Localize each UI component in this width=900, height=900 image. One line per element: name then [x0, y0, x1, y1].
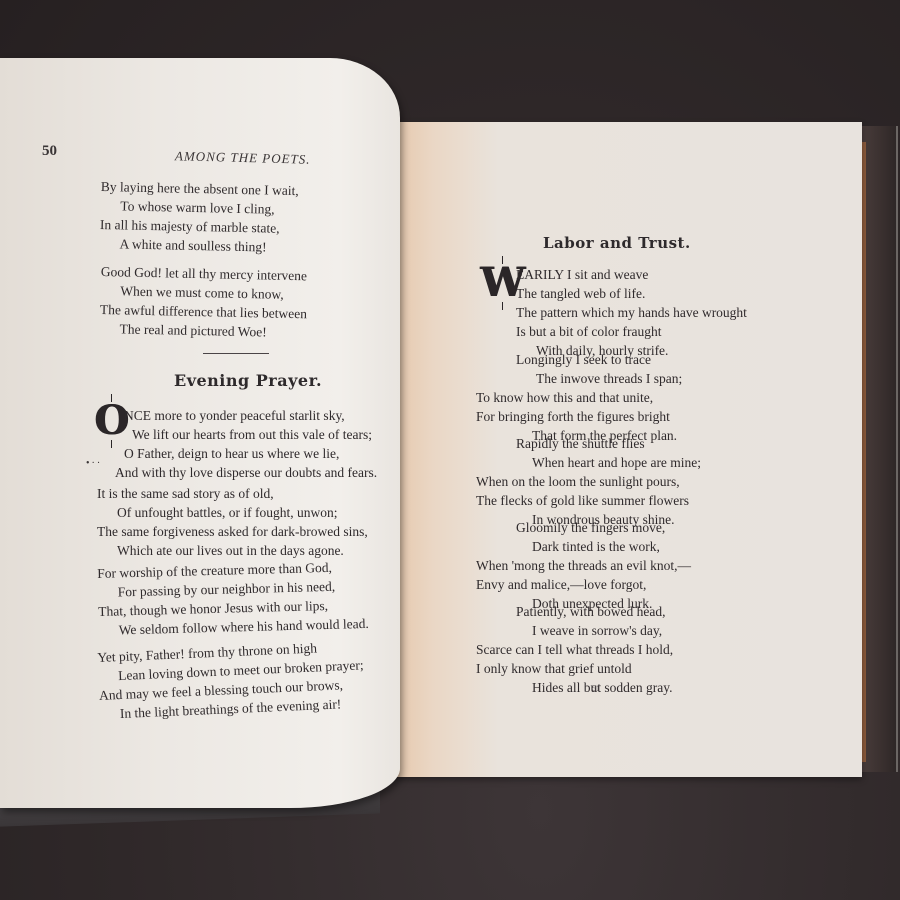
- poem-line: It is the same sad story as of old,: [97, 484, 368, 503]
- poem-line: Patiently, with bowed head,: [476, 602, 673, 621]
- poem-line: O Father, deign to hear us where we lie,: [124, 444, 377, 463]
- poem-line: The inwove threads I span;: [476, 369, 682, 388]
- poem-title-labor-and-trust: Labor and Trust.: [543, 234, 691, 252]
- stanza: Rapidly the shuttle flies When heart and…: [476, 434, 701, 529]
- poem-line: When heart and hope are mine;: [476, 453, 701, 472]
- stanza: Longingly I seek to trace The inwove thr…: [476, 350, 682, 445]
- poem-line: When on the loom the sunlight pours,: [476, 472, 701, 491]
- poem-line: The tangled web of life.: [516, 284, 747, 303]
- poem-line: I weave in sorrow's day,: [476, 621, 673, 640]
- poem-line: To know how this and that unite,: [476, 388, 682, 407]
- section-divider-rule: [203, 353, 269, 354]
- stanza: Yet pity, Father! from thy throne on hig…: [97, 636, 366, 724]
- stanza: For worship of the creature more than Go…: [97, 557, 369, 640]
- poem-line: Is but a bit of color fraught: [516, 322, 747, 341]
- page-number-left: 50: [42, 143, 57, 160]
- poem-line: I only know that grief untold: [476, 659, 673, 678]
- poem-line: Longingly I seek to trace: [476, 350, 682, 369]
- poem-line: Of unfought battles, or if fought, unwon…: [97, 503, 368, 522]
- stanza: Good God! let all thy mercy intervene Wh…: [99, 262, 308, 342]
- stanza: By laying here the absent one I wait, To…: [99, 177, 299, 257]
- poem-line: Rapidly the shuttle flies: [476, 434, 701, 453]
- poem-line: The same forgiveness asked for dark-brow…: [97, 522, 368, 541]
- poem-line: And with thy love disperse our doubts an…: [115, 463, 377, 482]
- poem-title-evening-prayer: Evening Prayer.: [174, 371, 322, 390]
- poem-line: Gloomily the fingers move,: [476, 518, 691, 537]
- poem-line: NCE more to yonder peaceful starlit sky,: [124, 406, 377, 425]
- poem-line: When 'mong the threads an evil knot,—: [476, 556, 691, 575]
- stanza: EARILY I sit and weave The tangled web o…: [516, 265, 747, 360]
- page-number-right: 51: [592, 684, 600, 693]
- poem-line: Dark tinted is the work,: [476, 537, 691, 556]
- ornament-dots: •··: [86, 458, 102, 469]
- poem-line: EARILY I sit and weave: [516, 265, 747, 284]
- poem-line: The flecks of gold like summer flowers: [476, 491, 701, 510]
- poem-line: Envy and malice,—love forgot,: [476, 575, 691, 594]
- poem-line: Hides all but sodden gray.: [476, 678, 673, 697]
- poem-line: The pattern which my hands have wrought: [516, 303, 747, 322]
- stanza: Gloomily the fingers move, Dark tinted i…: [476, 518, 691, 613]
- poem-line: Scarce can I tell what threads I hold,: [476, 640, 673, 659]
- stanza: NCE more to yonder peaceful starlit sky,…: [124, 406, 377, 482]
- stanza: It is the same sad story as of old, Of u…: [97, 484, 368, 560]
- poem-line: We lift our hearts from out this vale of…: [124, 425, 377, 444]
- poem-line: For bringing forth the figures bright: [476, 407, 682, 426]
- stanza: Patiently, with bowed head, I weave in s…: [476, 602, 673, 697]
